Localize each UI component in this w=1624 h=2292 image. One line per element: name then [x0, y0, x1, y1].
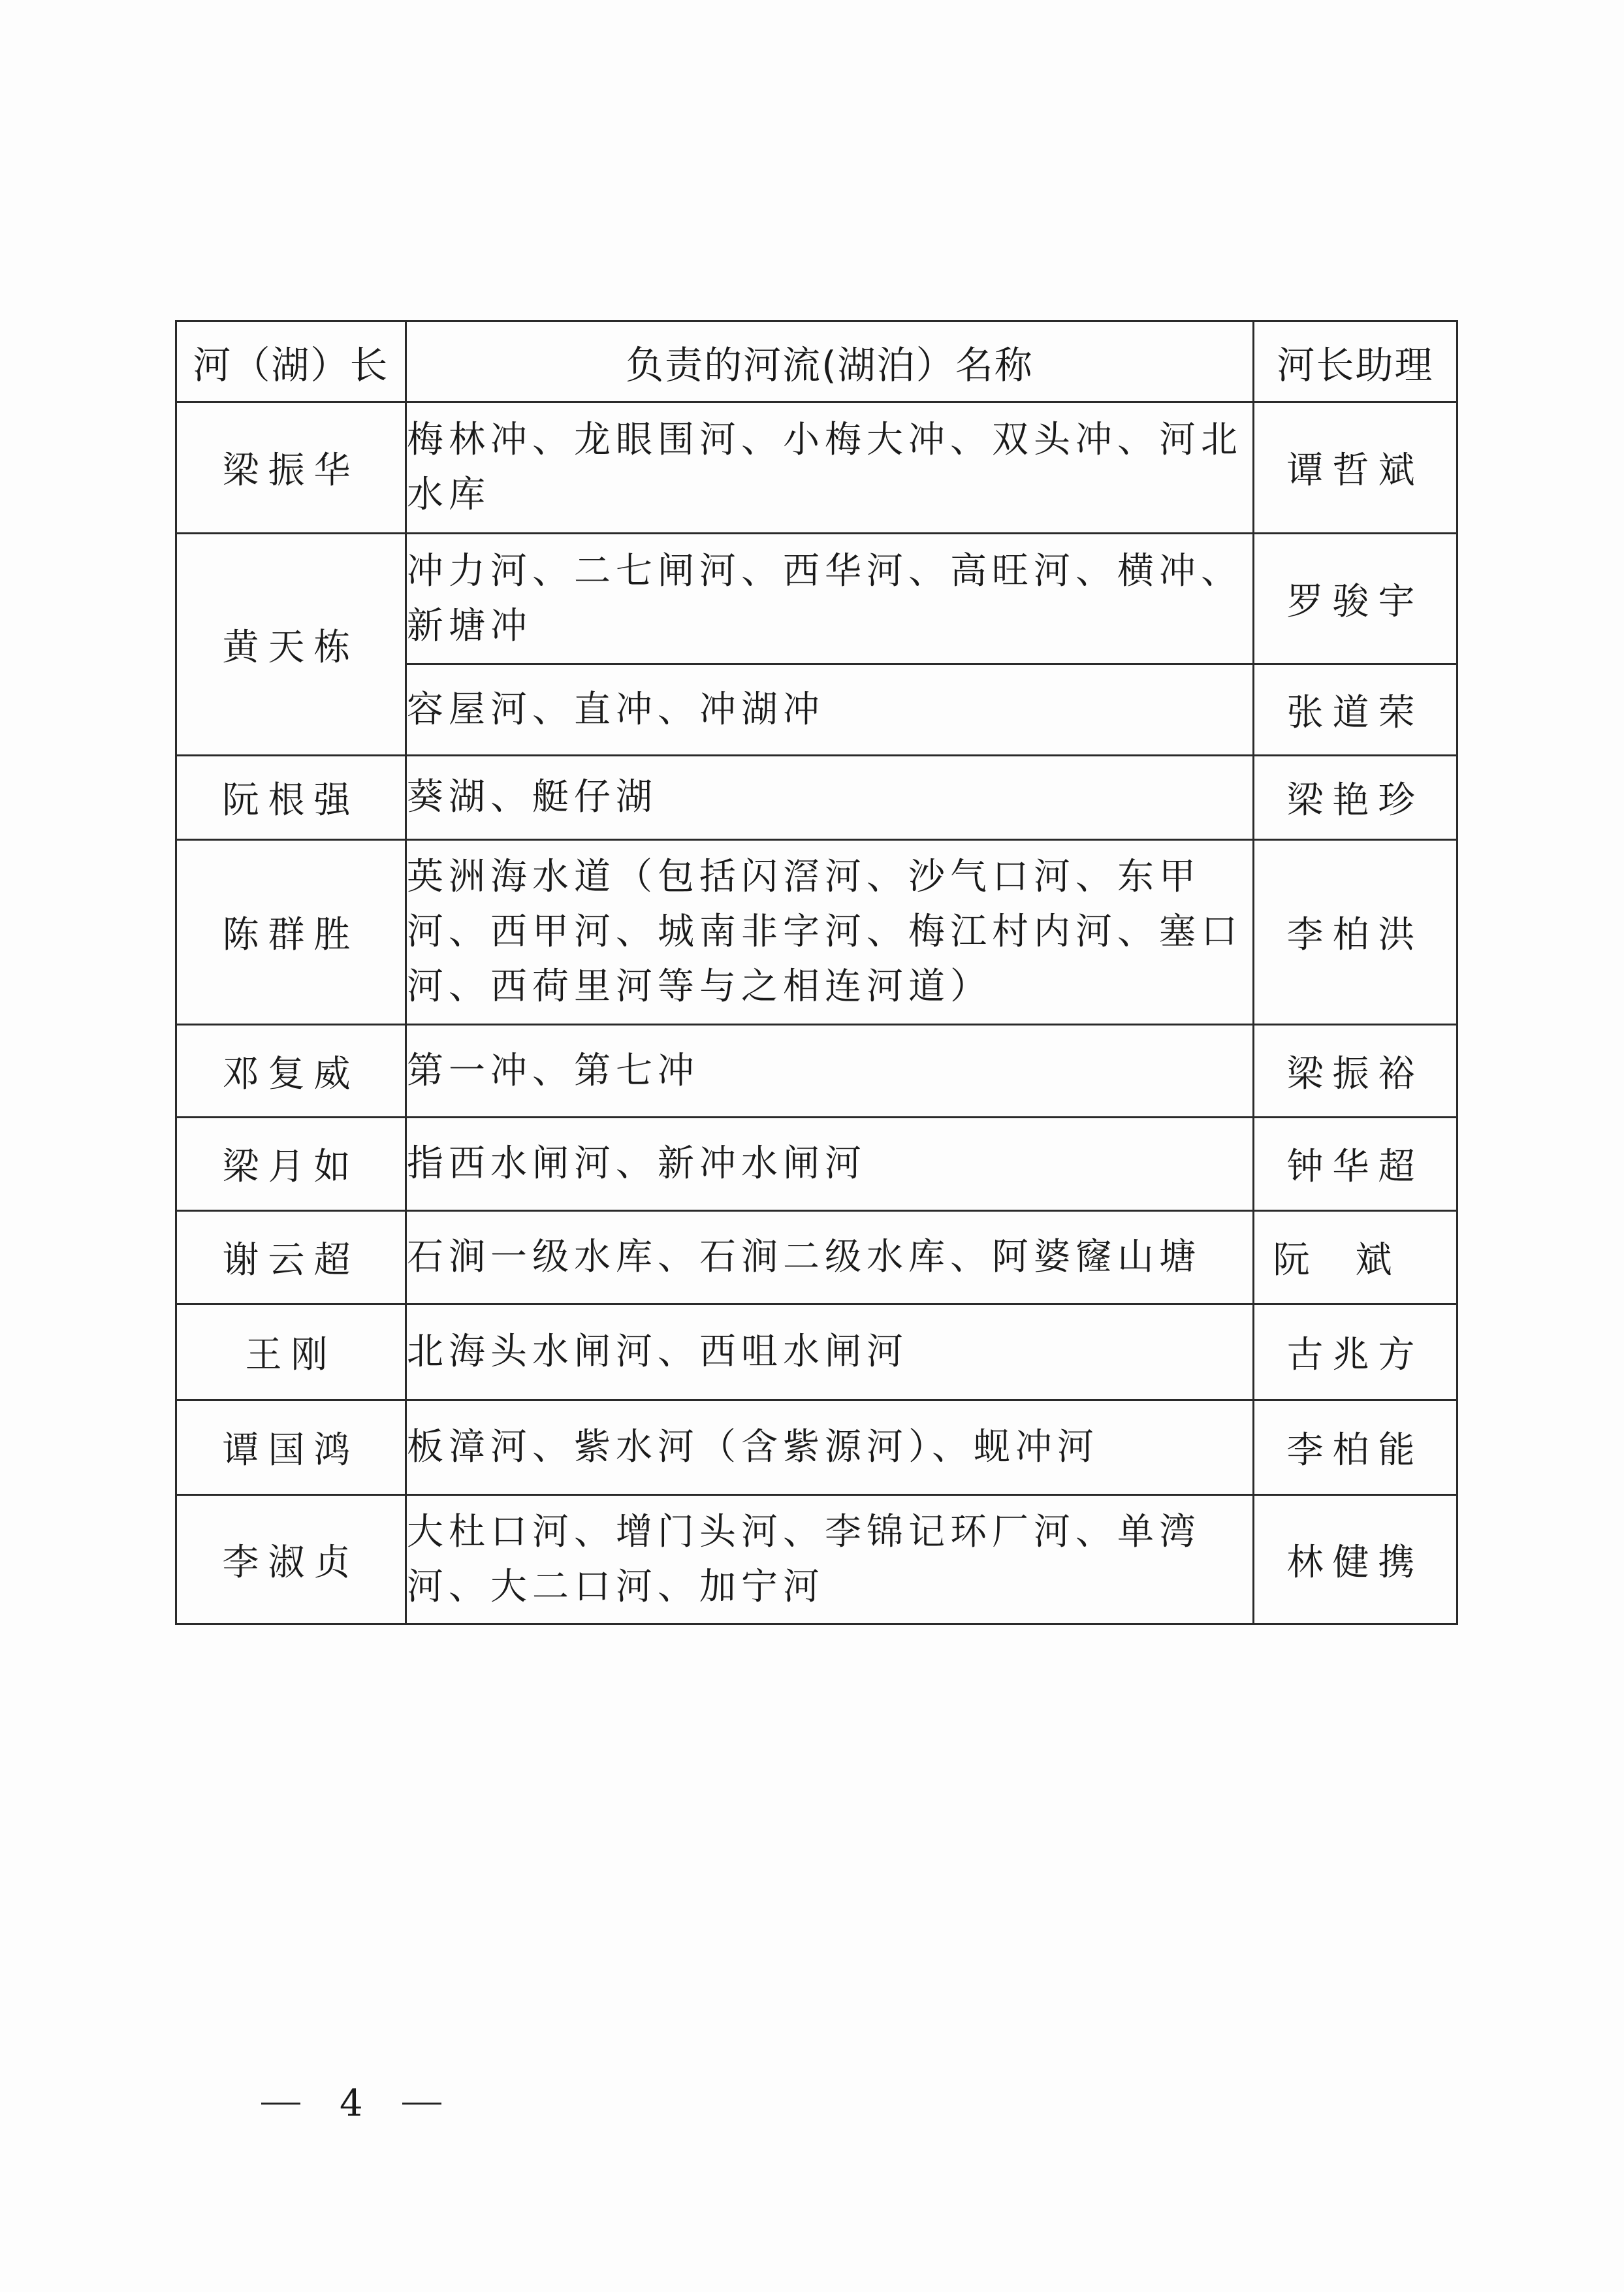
leader-cell: 谭国鸿: [176, 1400, 406, 1495]
page-number: 4: [261, 2082, 441, 2125]
document-page: 河（湖）长 负责的河流(湖泊）名称 河长助理 梁振华 梅林冲、龙眼围河、小梅大冲…: [0, 0, 1624, 2292]
leader-cell: 谢云超: [176, 1211, 406, 1304]
dash-right: [402, 2103, 441, 2105]
leader-cell: 邓复威: [176, 1025, 406, 1118]
table-row: 谭国鸿 板漳河、紫水河（含紫源河）、蚬冲河 李柏能: [176, 1400, 1457, 1495]
rivers-cell: 葵湖、艇仔湖: [406, 756, 1254, 840]
rivers-cell: 冲力河、二七闸河、西华河、高旺河、横冲、新塘冲: [406, 534, 1254, 664]
leader-cell: 李淑贞: [176, 1495, 406, 1624]
leader-cell: 王刚: [176, 1304, 406, 1400]
assistant-cell: 阮斌: [1254, 1211, 1457, 1304]
rivers-cell: 大杜口河、增门头河、李锦记环厂河、单湾河、大二口河、加宁河: [406, 1495, 1254, 1624]
assistant-cell: 钟华超: [1254, 1118, 1457, 1211]
rivers-cell: 石涧一级水库、石涧二级水库、阿婆窿山塘: [406, 1211, 1254, 1304]
table-row: 王刚 北海头水闸河、西咀水闸河 古兆方: [176, 1304, 1457, 1400]
rivers-cell: 北海头水闸河、西咀水闸河: [406, 1304, 1254, 1400]
assistant-cell: 梁振裕: [1254, 1025, 1457, 1118]
assistant-cell: 谭哲斌: [1254, 402, 1457, 534]
leader-cell: 梁振华: [176, 402, 406, 534]
header-leader: 河（湖）长: [176, 321, 406, 402]
assistant-cell: 罗骏宇: [1254, 534, 1457, 664]
table-row: 阮根强 葵湖、艇仔湖 梁艳珍: [176, 756, 1457, 840]
assistant-cell: 林健携: [1254, 1495, 1457, 1624]
header-rivers: 负责的河流(湖泊）名称: [406, 321, 1254, 402]
rivers-cell: 英洲海水道（包括闪滘河、沙气口河、东甲河、西甲河、城南非字河、梅江村内河、塞口河…: [406, 840, 1254, 1025]
table-row: 梁振华 梅林冲、龙眼围河、小梅大冲、双头冲、河北水库 谭哲斌: [176, 402, 1457, 534]
rivers-cell: 板漳河、紫水河（含紫源河）、蚬冲河: [406, 1400, 1254, 1495]
leader-cell: 陈群胜: [176, 840, 406, 1025]
leader-cell: 阮根强: [176, 756, 406, 840]
rivers-cell: 容屋河、直冲、冲湖冲: [406, 664, 1254, 756]
table-header-row: 河（湖）长 负责的河流(湖泊）名称 河长助理: [176, 321, 1457, 402]
assistant-cell: 李柏洪: [1254, 840, 1457, 1025]
leader-cell: 黄天栋: [176, 534, 406, 756]
table-row: 谢云超 石涧一级水库、石涧二级水库、阿婆窿山塘 阮斌: [176, 1211, 1457, 1304]
river-chief-table: 河（湖）长 负责的河流(湖泊）名称 河长助理 梁振华 梅林冲、龙眼围河、小梅大冲…: [175, 320, 1458, 1625]
assistant-cell: 梁艳珍: [1254, 756, 1457, 840]
table-row: 李淑贞 大杜口河、增门头河、李锦记环厂河、单湾河、大二口河、加宁河 林健携: [176, 1495, 1457, 1624]
table-row: 梁月如 指西水闸河、新冲水闸河 钟华超: [176, 1118, 1457, 1211]
rivers-cell: 指西水闸河、新冲水闸河: [406, 1118, 1254, 1211]
rivers-cell: 第一冲、第七冲: [406, 1025, 1254, 1118]
assistant-cell: 古兆方: [1254, 1304, 1457, 1400]
assistant-cell: 李柏能: [1254, 1400, 1457, 1495]
table-row: 邓复威 第一冲、第七冲 梁振裕: [176, 1025, 1457, 1118]
leader-cell: 梁月如: [176, 1118, 406, 1211]
dash-left: [261, 2103, 300, 2105]
header-assistant: 河长助理: [1254, 321, 1457, 402]
table-row: 黄天栋 冲力河、二七闸河、西华河、高旺河、横冲、新塘冲 罗骏宇: [176, 534, 1457, 664]
rivers-cell: 梅林冲、龙眼围河、小梅大冲、双头冲、河北水库: [406, 402, 1254, 534]
page-number-text: 4: [340, 2082, 363, 2125]
table-row: 陈群胜 英洲海水道（包括闪滘河、沙气口河、东甲河、西甲河、城南非字河、梅江村内河…: [176, 840, 1457, 1025]
assistant-cell: 张道荣: [1254, 664, 1457, 756]
